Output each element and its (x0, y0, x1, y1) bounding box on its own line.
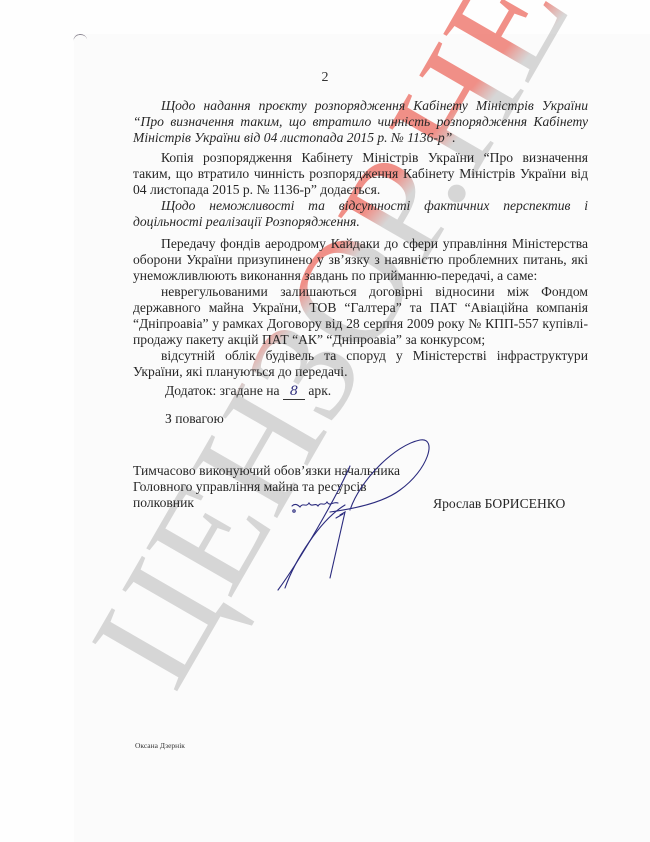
closing-phrase: З повагою (165, 411, 224, 427)
position-line: Тимчасово виконуючий обов’язки начальник… (133, 463, 400, 479)
position-line: полковник (133, 495, 400, 511)
executor-name: Оксана Дзернік (135, 741, 185, 750)
annex-label: Додаток: згадане на (165, 383, 283, 398)
paragraph-copy-attached: Копія розпорядження Кабінету Міністрів У… (133, 150, 588, 198)
position-line: Головного управління майна та ресурсів (133, 479, 400, 495)
paragraph-text: відсутній облік будівель та споруд у Мін… (133, 348, 588, 380)
paragraph-missing-records: відсутній облік будівель та споруд у Мін… (133, 348, 588, 380)
page-number: 2 (0, 70, 650, 86)
paragraph-text: Щодо неможливості та відсутності фактичн… (133, 198, 588, 230)
paragraph-text: Копія розпорядження Кабінету Міністрів У… (133, 150, 588, 198)
annex-unit: арк. (305, 383, 331, 398)
paragraph-text: неврегульованими залишаються договірні в… (133, 284, 588, 348)
paragraph-text: Щодо надання проєкту розпорядження Кабін… (133, 98, 588, 146)
paragraph-transfer-suspended: Передачу фондів аеродрому Кайдаки до сфе… (133, 236, 588, 284)
paragraph-contract-issues: неврегульованими залишаються договірні в… (133, 284, 588, 348)
annex-line: Додаток: згадане на 8 арк. (165, 383, 331, 400)
signatory-name: Ярослав БОРИСЕНКО (433, 496, 565, 512)
document-page: ЦЕНЗОР.НЕТ 2 Щодо надання проєкту розпор… (0, 0, 650, 842)
signatory-position: Тимчасово виконуючий обов’язки начальник… (133, 463, 400, 511)
paragraph-subject-impossibility: Щодо неможливості та відсутності фактичн… (133, 198, 588, 230)
paragraph-subject-draft-order: Щодо надання проєкту розпорядження Кабін… (133, 98, 588, 146)
annex-sheet-count: 8 (283, 384, 305, 400)
paragraph-text: Передачу фондів аеродрому Кайдаки до сфе… (133, 236, 588, 284)
